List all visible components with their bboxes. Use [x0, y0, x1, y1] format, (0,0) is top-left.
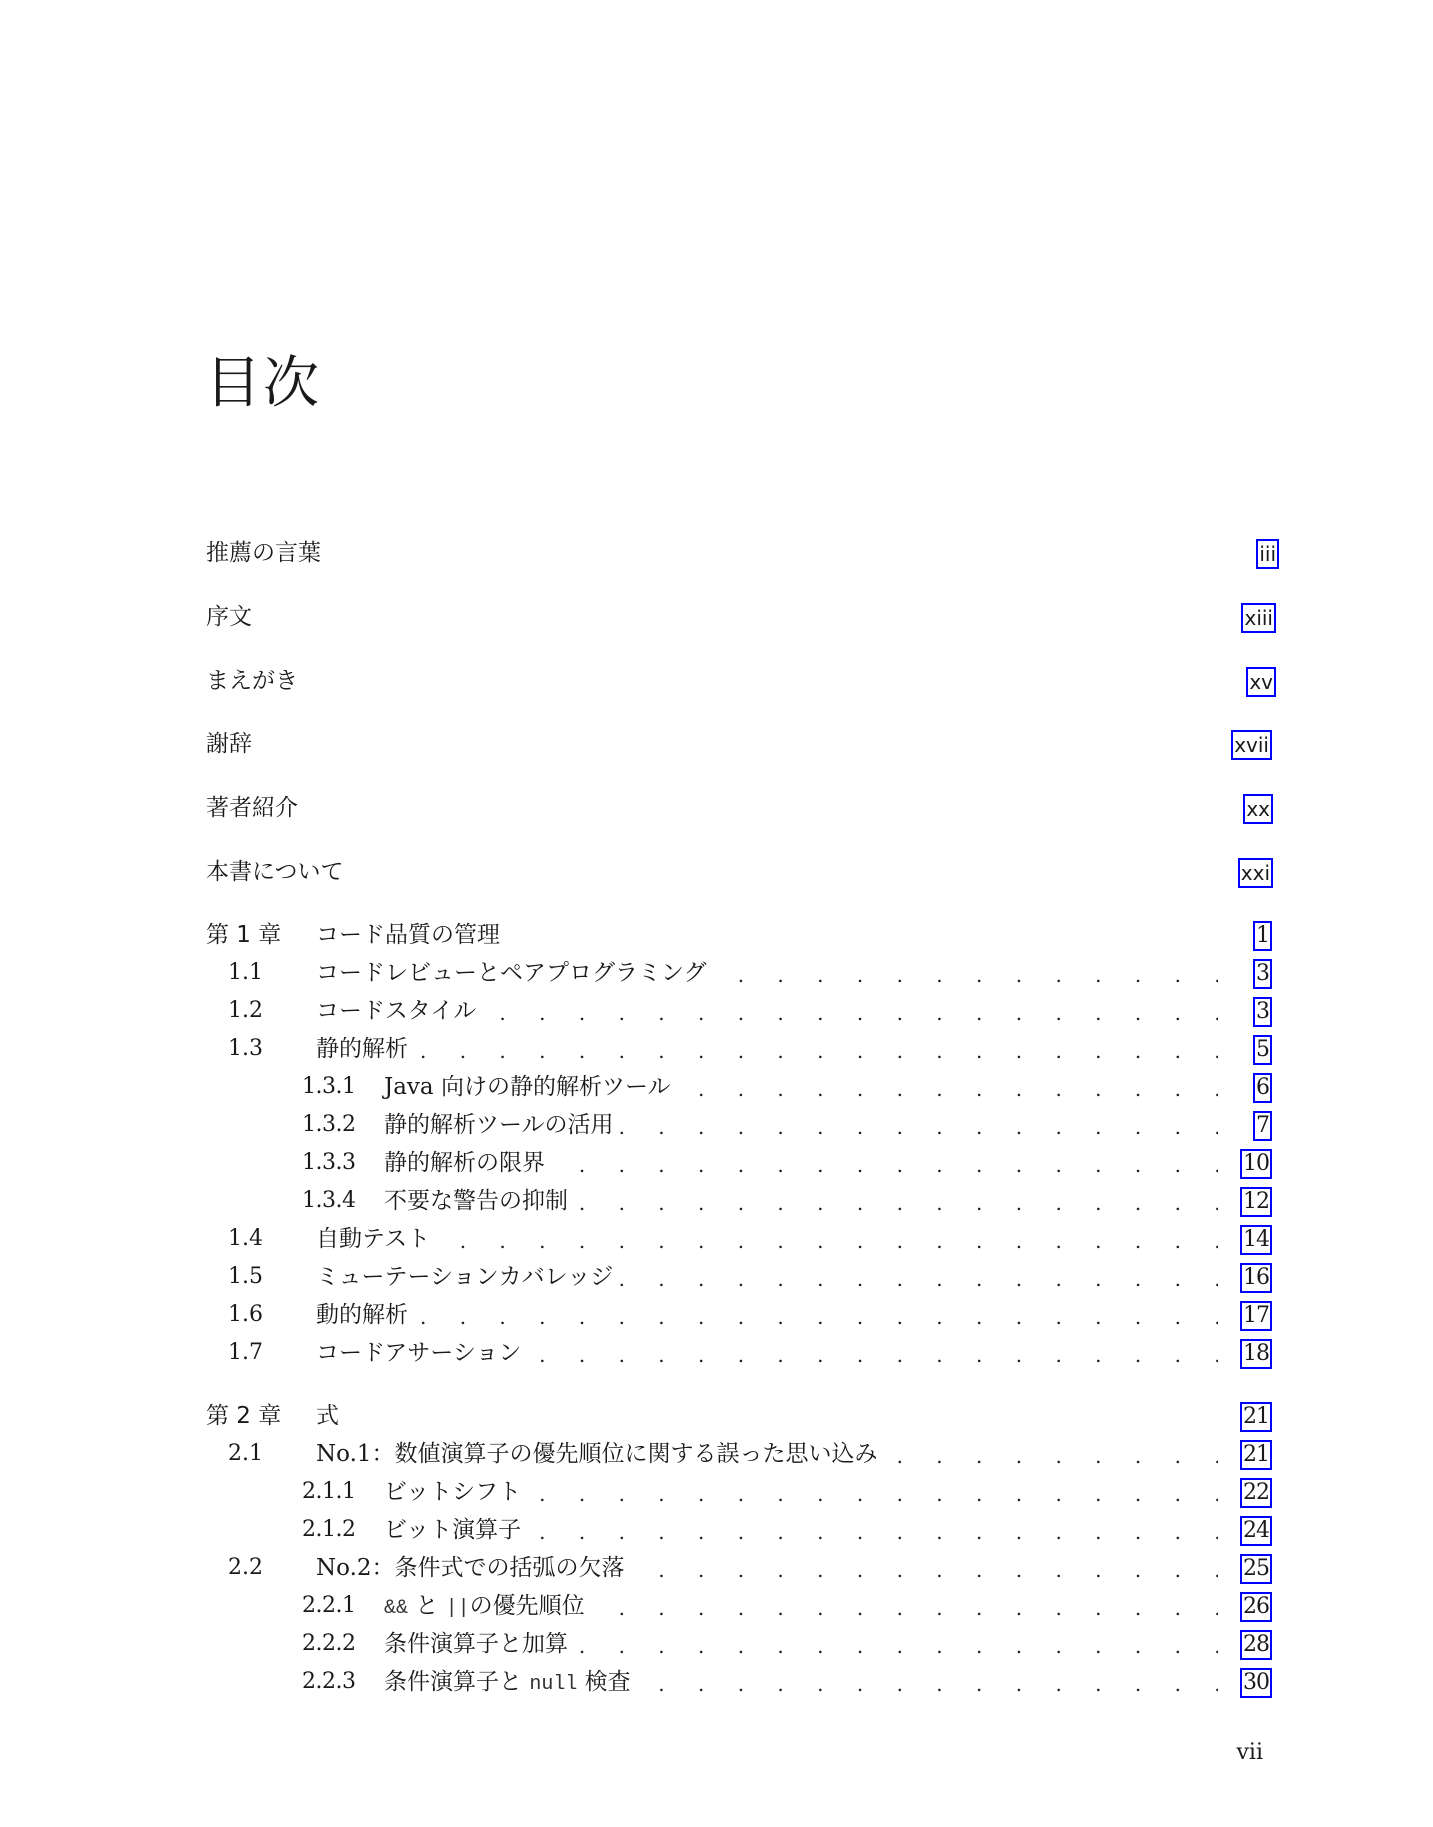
- toc-entry-front[interactable]: 本書について xxi: [0, 855, 1433, 889]
- chapter-number: 第 2 章: [206, 1399, 281, 1433]
- toc-entry-front[interactable]: 謝辞 xvii: [0, 727, 1433, 761]
- subsection-title: && と ||の優先順位: [384, 1589, 591, 1626]
- subsection-title: ビットシフト: [384, 1475, 527, 1509]
- page-link[interactable]: 12: [1240, 1187, 1272, 1217]
- toc-entry-section[interactable]: 1.1 コードレビューとペアプログラミング . . . . . . . . . …: [0, 956, 1433, 990]
- page-link[interactable]: xvii: [1231, 730, 1272, 760]
- toc-entry-label: 序文: [206, 600, 252, 634]
- chapter-number: 第 1 章: [206, 918, 281, 952]
- subsection-number: 2.2.3: [302, 1665, 355, 1699]
- toc-entry-front[interactable]: 著者紹介 xx: [0, 791, 1433, 825]
- page-link[interactable]: 26: [1240, 1592, 1272, 1622]
- page-link[interactable]: 5: [1253, 1035, 1272, 1065]
- section-title: ミューテーションカバレッジ: [316, 1260, 619, 1294]
- toc-entry-section[interactable]: 1.2 コードスタイル . . . . . . . . . . . . . . …: [0, 994, 1433, 1028]
- toc-entry-subsection[interactable]: 2.2.3 条件演算子と null 検査 . . . . . . . . . .…: [0, 1665, 1433, 1699]
- toc-entry-section[interactable]: 1.6 動的解析 . . . . . . . . . . . . . . . .…: [0, 1298, 1433, 1332]
- subsection-title: 静的解析ツールの活用: [384, 1108, 620, 1142]
- label-text: の優先順位: [470, 1593, 585, 1619]
- label-text: 検査: [577, 1669, 630, 1695]
- section-number: 1.2: [228, 994, 263, 1028]
- dot-leader: . . . . . . . . . . . . . . . . . . . . …: [420, 1336, 1218, 1370]
- page-link[interactable]: iii: [1256, 539, 1279, 569]
- section-number: 1.4: [228, 1222, 263, 1256]
- toc-entry-chapter[interactable]: 第 1 章 コード品質の管理 1: [0, 918, 1433, 952]
- subsection-number: 2.2.1: [302, 1589, 355, 1623]
- chapter-title: コード品質の管理: [316, 918, 500, 952]
- toc-entry-label: 著者紹介: [206, 791, 298, 825]
- page-title: 目次: [205, 356, 321, 412]
- toc-entry-section[interactable]: 1.4 自動テスト . . . . . . . . . . . . . . . …: [0, 1222, 1433, 1256]
- page-link[interactable]: 6: [1253, 1073, 1272, 1103]
- label-text: と: [408, 1593, 446, 1619]
- section-title: 静的解析: [316, 1032, 414, 1066]
- toc-entry-subsection[interactable]: 2.2.2 条件演算子と加算 . . . . . . . . . . . . .…: [0, 1627, 1433, 1661]
- subsection-number: 2.1.2: [302, 1513, 355, 1547]
- subsection-number: 2.1.1: [302, 1475, 355, 1509]
- toc-entry-subsection[interactable]: 1.3.2 静的解析ツールの活用 . . . . . . . . . . . .…: [0, 1108, 1433, 1142]
- page-link[interactable]: 17: [1240, 1301, 1272, 1331]
- toc-entry-subsection[interactable]: 1.3.3 静的解析の限界 . . . . . . . . . . . . . …: [0, 1146, 1433, 1180]
- subsection-title: 不要な警告の抑制: [384, 1184, 574, 1218]
- page-link[interactable]: 24: [1240, 1516, 1272, 1546]
- section-title: No.1：数値演算子の優先順位に関する誤った思い込み: [316, 1437, 884, 1471]
- label-text: 条件演算子と: [384, 1669, 529, 1695]
- toc-entry-front[interactable]: まえがき xv: [0, 664, 1433, 698]
- subsection-title: 条件演算子と null 検査: [384, 1665, 637, 1702]
- dot-leader: . . . . . . . . . . . . . . . . . . . . …: [420, 1513, 1218, 1547]
- page-link[interactable]: 28: [1240, 1630, 1272, 1660]
- page-link[interactable]: 3: [1253, 959, 1272, 989]
- subsection-title: Java 向けの静的解析ツール: [384, 1070, 677, 1104]
- section-title: No.2：条件式での括弧の欠落: [316, 1551, 631, 1585]
- page-link[interactable]: 21: [1240, 1402, 1272, 1432]
- toc-entry-section[interactable]: 1.3 静的解析 . . . . . . . . . . . . . . . .…: [0, 1032, 1433, 1066]
- toc-entry-subsection[interactable]: 1.3.4 不要な警告の抑制 . . . . . . . . . . . . .…: [0, 1184, 1433, 1218]
- toc-entry-section[interactable]: 2.2 No.2：条件式での括弧の欠落 . . . . . . . . . . …: [0, 1551, 1433, 1585]
- toc-entry-subsection[interactable]: 2.1.1 ビットシフト . . . . . . . . . . . . . .…: [0, 1475, 1433, 1509]
- subsection-title: 条件演算子と加算: [384, 1627, 574, 1661]
- subsection-title: 静的解析の限界: [384, 1146, 551, 1180]
- dot-leader: . . . . . . . . . . . . . . . . . . . . …: [420, 1298, 1218, 1332]
- section-title: コードアサーション: [316, 1336, 527, 1370]
- page-link[interactable]: 7: [1253, 1111, 1272, 1141]
- page-link[interactable]: xiii: [1241, 603, 1276, 633]
- section-number: 1.5: [228, 1260, 263, 1294]
- dot-leader: . . . . . . . . . . . . . . . . . . . . …: [420, 994, 1218, 1028]
- page-link[interactable]: 16: [1240, 1263, 1272, 1293]
- subsection-number: 1.3.2: [302, 1108, 355, 1142]
- section-title: 動的解析: [316, 1298, 414, 1332]
- page-link[interactable]: xxi: [1238, 858, 1273, 888]
- toc-entry-front[interactable]: 推薦の言葉 iii: [0, 536, 1433, 570]
- chapter-title: 式: [316, 1399, 339, 1433]
- section-number: 1.7: [228, 1336, 263, 1370]
- page-link[interactable]: 10: [1240, 1149, 1272, 1179]
- dot-leader: . . . . . . . . . . . . . . . . . . . . …: [420, 1222, 1218, 1256]
- toc-entry-section[interactable]: 1.7 コードアサーション . . . . . . . . . . . . . …: [0, 1336, 1433, 1370]
- section-title: 自動テスト: [316, 1222, 436, 1256]
- toc-entry-subsection[interactable]: 1.3.1 Java 向けの静的解析ツール . . . . . . . . . …: [0, 1070, 1433, 1104]
- page-link[interactable]: 25: [1240, 1554, 1272, 1584]
- section-number: 1.6: [228, 1298, 263, 1332]
- subsection-number: 1.3.4: [302, 1184, 355, 1218]
- dot-leader: . . . . . . . . . . . . . . . . . . . . …: [420, 1475, 1218, 1509]
- toc-entry-label: 本書について: [206, 855, 344, 889]
- dot-leader: . . . . . . . . . . . . . . . . . . . . …: [420, 1032, 1218, 1066]
- code-or-operator: ||: [446, 1597, 470, 1620]
- toc-entry-subsection[interactable]: 2.1.2 ビット演算子 . . . . . . . . . . . . . .…: [0, 1513, 1433, 1547]
- page-number-footer: vii: [1236, 1740, 1263, 1765]
- toc-entry-subsection[interactable]: 2.2.1 && と ||の優先順位 . . . . . . . . . . .…: [0, 1589, 1433, 1623]
- toc-entry-chapter[interactable]: 第 2 章 式 21: [0, 1399, 1433, 1433]
- page-link[interactable]: xv: [1246, 667, 1276, 697]
- toc-entry-label: 謝辞: [206, 727, 252, 761]
- subsection-number: 1.3.1: [302, 1070, 355, 1104]
- page-link[interactable]: 22: [1240, 1478, 1272, 1508]
- section-title: コードスタイル: [316, 994, 482, 1028]
- section-number: 1.1: [228, 956, 263, 990]
- page-link[interactable]: 3: [1253, 997, 1272, 1027]
- page-link[interactable]: 14: [1240, 1225, 1272, 1255]
- subsection-number: 1.3.3: [302, 1146, 355, 1180]
- toc-entry-front[interactable]: 序文 xiii: [0, 600, 1433, 634]
- toc-entry-section[interactable]: 1.5 ミューテーションカバレッジ . . . . . . . . . . . …: [0, 1260, 1433, 1294]
- subsection-number: 2.2.2: [302, 1627, 355, 1661]
- page-link[interactable]: 21: [1240, 1440, 1272, 1470]
- page-link[interactable]: xx: [1243, 794, 1273, 824]
- section-number: 2.2: [228, 1551, 263, 1585]
- section-number: 2.1: [228, 1437, 263, 1471]
- toc-entry-section[interactable]: 2.1 No.1：数値演算子の優先順位に関する誤った思い込み . . . . .…: [0, 1437, 1433, 1471]
- section-number: 1.3: [228, 1032, 263, 1066]
- page-link[interactable]: 30: [1240, 1668, 1272, 1698]
- section-title: コードレビューとペアプログラミング: [316, 956, 713, 990]
- page-link[interactable]: 18: [1240, 1339, 1272, 1369]
- subsection-title: ビット演算子: [384, 1513, 527, 1547]
- code-null: null: [529, 1673, 577, 1696]
- toc-entry-label: まえがき: [206, 664, 298, 698]
- toc-entry-label: 推薦の言葉: [206, 536, 321, 570]
- page-link[interactable]: 1: [1253, 921, 1272, 951]
- code-and-operator: &&: [384, 1597, 408, 1620]
